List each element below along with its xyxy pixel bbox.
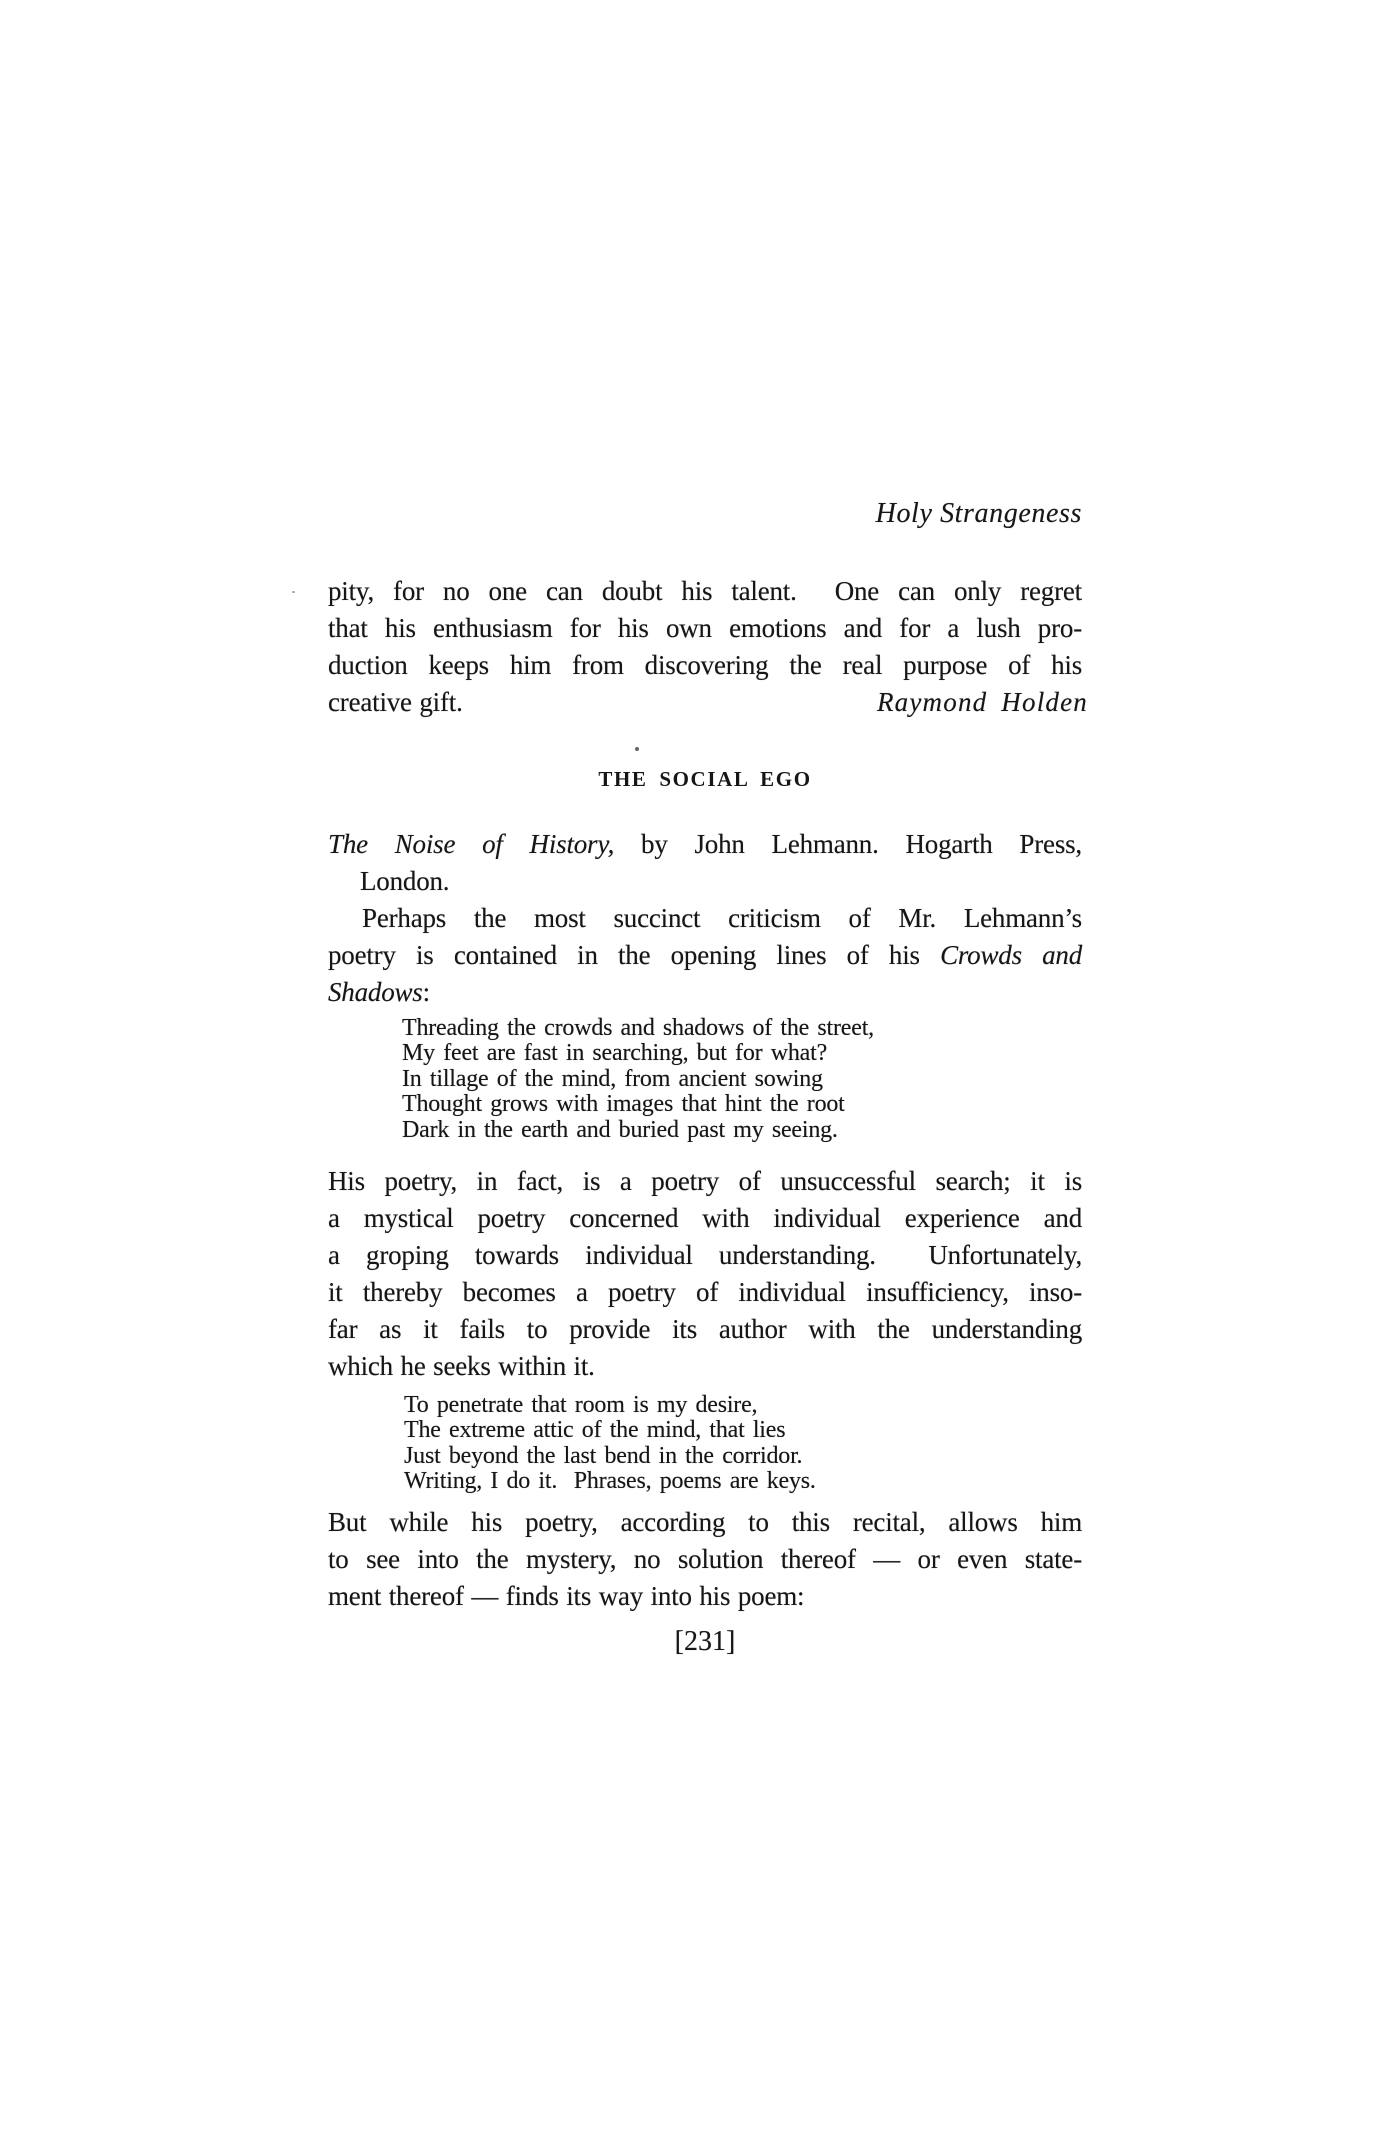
verse-line: My feet are fast in searching, but for w… [402,1041,1102,1066]
text-fragment: poetry is contained in the opening lines… [328,940,940,970]
intro-paragraph: Perhaps the most succinct criticism of M… [328,900,1082,1011]
text-line: But while his poetry, according to this … [328,1504,1082,1541]
verse-line: Writing, I do it. Phrases, poems are key… [404,1469,1104,1494]
poem-title-fragment: Crowds and [940,940,1082,970]
text-line: a mystical poetry concerned with individ… [328,1200,1082,1237]
book-citation: The Noise of History, by John Lehmann. H… [328,826,1082,900]
text-line: that his enthusiasm for his own emotions… [328,610,1082,647]
text-line: far as it fails to provide its author wi… [328,1311,1082,1348]
text-line: The Noise of History, by John Lehmann. H… [328,826,1082,863]
text-line: London. [328,863,1082,900]
text-line: poetry is contained in the opening lines… [328,937,1082,974]
verse-line: Threading the crowds and shadows of the … [402,1016,1102,1041]
ink-speck [635,747,639,751]
verse-line: The extreme attic of the mind, that lies [404,1418,1104,1443]
verse-line: Dark in the earth and buried past my see… [402,1118,1102,1143]
text-line: ment thereof — finds its way into his po… [328,1578,1082,1615]
text-line: which he seeks within it. [328,1348,1082,1385]
text-line: a groping towards individual understandi… [328,1237,1082,1274]
text-line: pity, for no one can doubt his talent. O… [328,573,1082,610]
text-line: His poetry, in fact, is a poetry of unsu… [328,1163,1082,1200]
text-line: Perhaps the most succinct criticism of M… [328,900,1082,937]
text-line: Shadows: [328,974,1082,1011]
verse-quotation-1: Threading the crowds and shadows of the … [402,1016,1102,1143]
verse-quotation-2: To penetrate that room is my desire, The… [404,1393,1104,1495]
running-header: Holy Strangeness [328,496,1082,532]
text-fragment: by John Lehmann. Hogarth Press, [614,829,1082,859]
verse-line: Thought grows with images that hint the … [402,1092,1102,1117]
review-closing-paragraph: pity, for no one can doubt his talent. O… [328,573,1082,721]
author-attribution: Raymond Holden [877,684,1088,721]
book-title: The Noise of History, [328,829,614,859]
verse-line: Just beyond the last bend in the corrido… [404,1444,1104,1469]
poem-title-fragment: Shadows [328,977,423,1007]
analysis-paragraph: His poetry, in fact, is a poetry of unsu… [328,1163,1082,1385]
text-line: it thereby becomes a poetry of individua… [328,1274,1082,1311]
verse-line: In tillage of the mind, from ancient sow… [402,1067,1102,1092]
text-line: to see into the mystery, no solution the… [328,1541,1082,1578]
text-fragment: : [423,977,430,1007]
text-line: creative gift. Raymond Holden [328,684,1082,721]
ink-speck [292,591,295,593]
text-line: duction keeps him from discovering the r… [328,647,1082,684]
section-heading: THE SOCIAL EGO [328,764,1082,794]
text-fragment: creative gift. [328,687,463,717]
closing-paragraph: But while his poetry, according to this … [328,1504,1082,1615]
verse-line: To penetrate that room is my desire, [404,1393,1104,1418]
page-number: [231] [328,1624,1082,1660]
